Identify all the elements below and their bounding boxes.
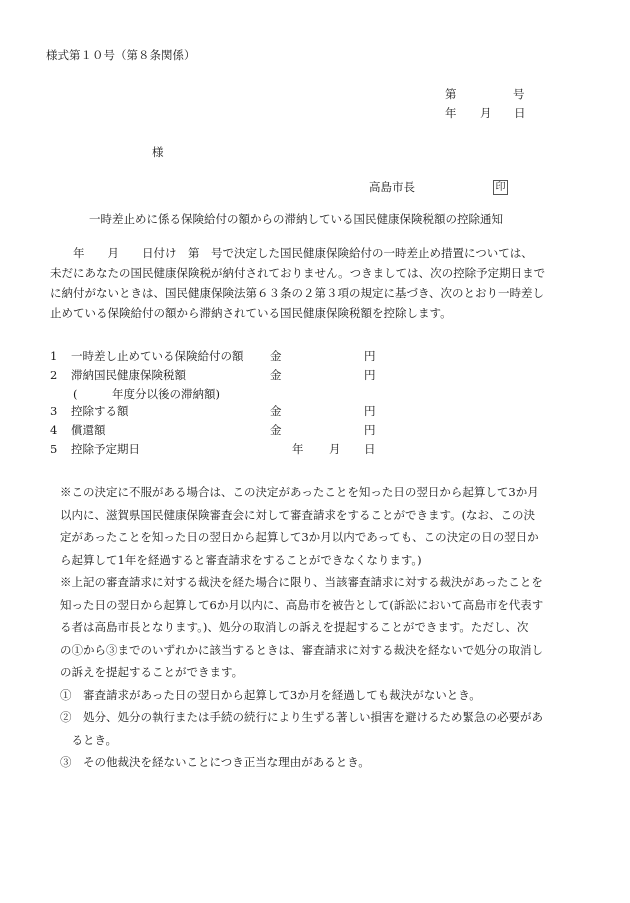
item-prefix: 金 <box>270 423 282 437</box>
item-unit: 円 <box>364 404 376 418</box>
item-month: 月 <box>329 442 341 456</box>
item-label: 一時差し止めている保険給付の額 <box>71 349 244 363</box>
addressee-suffix: 様 <box>152 145 164 159</box>
doc-number-suffix: 号 <box>513 87 525 101</box>
item-label: 滞納国民健康保険税額 <box>71 368 186 382</box>
note-line: ※上記の審査請求に対する裁決を経た場合に限り、当該審査請求に対する裁決があったこ… <box>60 571 600 594</box>
body-line: 未だにあなたの国民健康保険税が納付されておりません。つきましては、次の控除予定期… <box>50 263 590 283</box>
item-label: 控除する額 <box>71 404 129 418</box>
item-day: 日 <box>364 442 376 456</box>
item-number: 4 <box>50 423 57 437</box>
date-day: 日 <box>514 106 526 120</box>
item-unit: 円 <box>364 368 376 382</box>
item-number: 2 <box>50 368 57 382</box>
date-year: 年 <box>445 106 457 120</box>
item-number: 3 <box>50 404 57 418</box>
note-line: の①から③までのいずれかに該当するときは、審査請求に対する裁決を経ないで処分の取… <box>60 639 600 662</box>
note-line: 以内に、滋賀県国民健康保険審査会に対して審査請求をすることができます。(なお、こ… <box>60 504 600 527</box>
body-line: に納付がないときは、国民健康保険法第６３条の２第３項の規定に基づき、次のとおり一… <box>50 283 590 303</box>
notes-section: ※この決定に不服がある場合は、この決定があったことを知った日の翌日から起算して3… <box>60 481 600 774</box>
body-line: 止めている保険給付の額から滞納されている国民健康保険税額を控除します。 <box>50 303 590 323</box>
seal-mark: 印 <box>493 180 508 195</box>
item-number: 5 <box>50 442 57 456</box>
note-line: の訴えを提起することができます。 <box>60 661 600 684</box>
item-label: 償還額 <box>71 423 106 437</box>
item-prefix: 金 <box>270 404 282 418</box>
date-month: 月 <box>480 106 492 120</box>
note-line: 定があったことを知った日の翌日から起算して3か月以内であっても、この決定の日の翌… <box>60 526 600 549</box>
note-line: ① 審査請求があった日の翌日から起算して3か月を経過しても裁決がないとき。 <box>60 684 600 707</box>
doc-number-prefix: 第 <box>445 87 457 101</box>
item-prefix: 金 <box>270 349 282 363</box>
item-prefix: 金 <box>270 368 282 382</box>
item-unit: 円 <box>364 349 376 363</box>
body-line: 年 月 日付け 第 号で決定した国民健康保険給付の一時差止め措置については、 <box>50 243 590 263</box>
item-number: 1 <box>50 349 57 363</box>
note-line: るとき。 <box>60 729 600 752</box>
note-line: ら起算して1年を経過すると審査請求をすることができなくなります。) <box>60 549 600 572</box>
form-number: 様式第１０号（第８条関係） <box>46 48 196 62</box>
item-label: 控除予定期日 <box>71 442 140 456</box>
item-label: ( 年度分以後の滞納額) <box>73 387 220 401</box>
note-line: ③ その他裁決を経ないことにつき正当な理由があるとき。 <box>60 751 600 774</box>
item-year: 年 <box>292 442 304 456</box>
note-line: 知った日の翌日から起算して6か月以内に、高島市を被告として(訴訟において高島市を… <box>60 594 600 617</box>
note-line: ※この決定に不服がある場合は、この決定があったことを知った日の翌日から起算して3… <box>60 481 600 504</box>
body-paragraph: 年 月 日付け 第 号で決定した国民健康保険給付の一時差止め措置については、 未… <box>50 243 590 323</box>
note-line: ② 処分、処分の執行または手続の続行により生ずる著しい損害を避けるため緊急の必要… <box>60 706 600 729</box>
note-line: る者は高島市長となります。)、処分の取消しの訴えを提起することができます。ただし… <box>60 616 600 639</box>
item-unit: 円 <box>364 423 376 437</box>
document-title: 一時差止めに係る保険給付の額からの滞納している国民健康保険税額の控除通知 <box>89 212 503 226</box>
sender-name: 高島市長 <box>369 180 415 194</box>
